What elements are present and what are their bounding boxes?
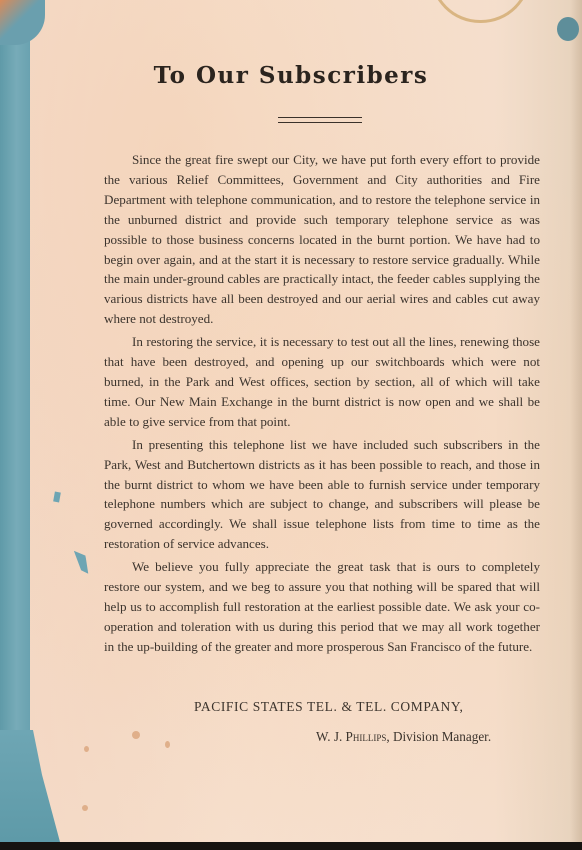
signature-name: W. J. Phillips, — [316, 729, 390, 744]
blue-cover-spine — [0, 0, 30, 842]
letter-body: Since the great fire swept our City, we … — [104, 150, 540, 660]
paper-tear — [53, 492, 61, 503]
paragraph: In presenting this telephone list we hav… — [104, 435, 540, 554]
signature-line: W. J. Phillips, Division Manager. — [316, 729, 491, 745]
signature-title: Division Manager. — [393, 729, 491, 744]
paragraph: In restoring the service, it is necessar… — [104, 332, 540, 432]
stain — [82, 805, 88, 811]
scanned-page: To Our Subscribers Since the great fire … — [0, 0, 582, 842]
stain — [132, 731, 140, 739]
stain — [165, 741, 170, 748]
cover-corner — [0, 0, 45, 45]
title-double-rule — [278, 117, 362, 123]
scan-background — [0, 842, 582, 850]
page-title: To Our Subscribers — [0, 62, 582, 89]
stain — [84, 746, 89, 752]
paragraph: Since the great fire swept our City, we … — [104, 150, 540, 329]
paragraph: We believe you fully appreciate the grea… — [104, 557, 540, 657]
page-edge — [570, 0, 582, 842]
cover-torn-bottom — [0, 730, 60, 842]
binding-string-icon — [430, 0, 531, 23]
punch-hole-icon — [557, 17, 579, 41]
signature-company: PACIFIC STATES TEL. & TEL. COMPANY, — [194, 699, 463, 715]
paper-tear — [74, 548, 90, 576]
